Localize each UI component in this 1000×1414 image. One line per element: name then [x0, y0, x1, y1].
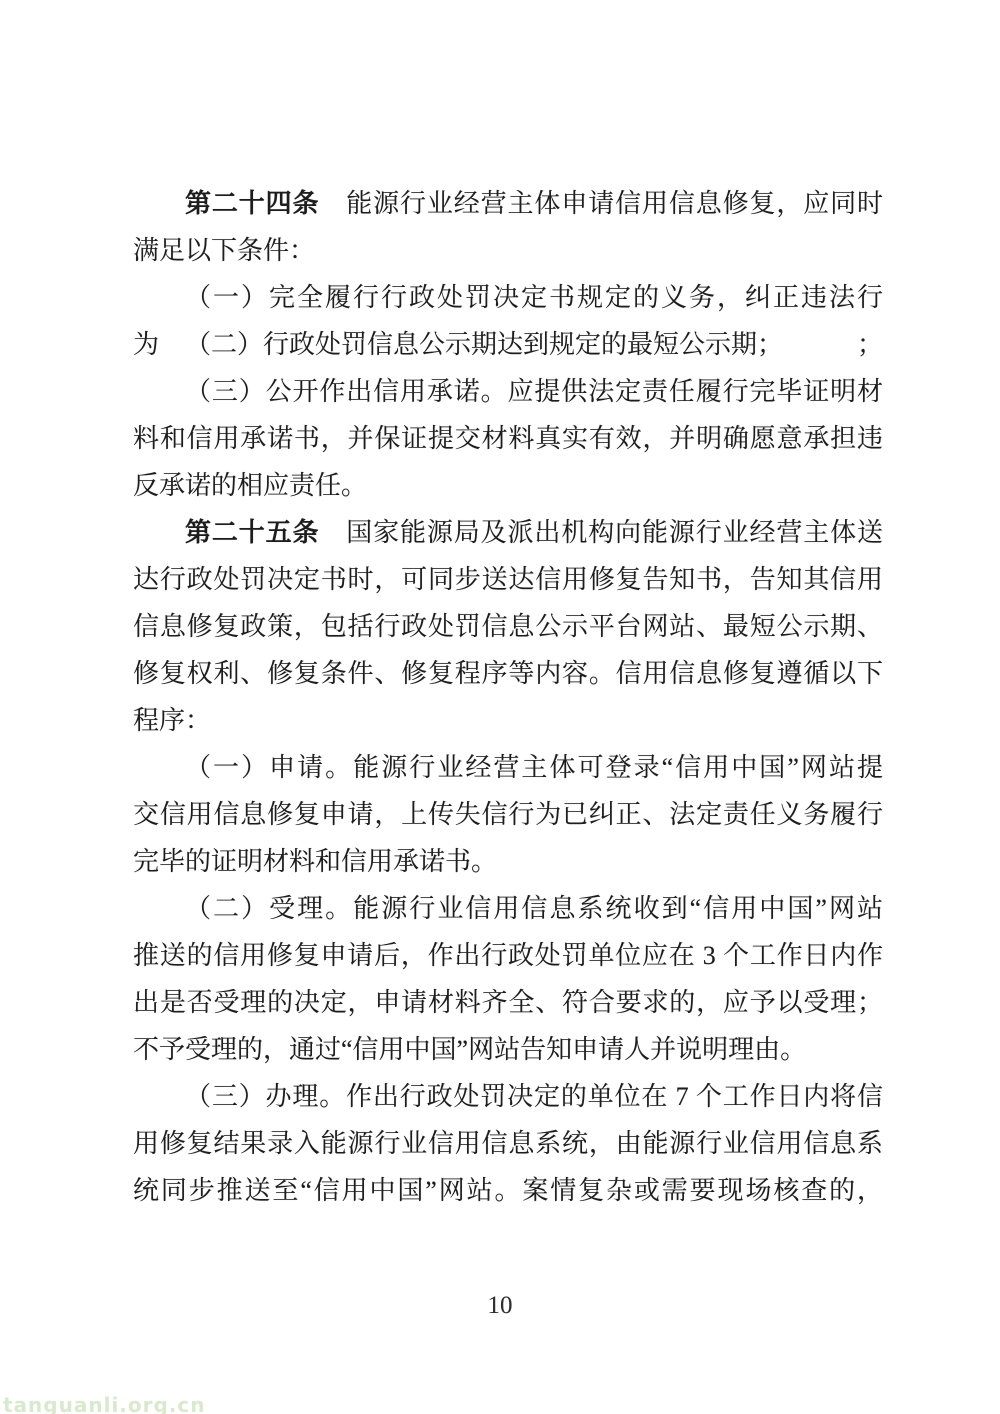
text-line: （三）公开作出信用承诺。应提供法定责任履行完毕证明材: [133, 368, 883, 415]
watermark-text: tanguanli.org.cn: [3, 1393, 206, 1414]
text-line: 第二十四条 能源行业经营主体申请信用信息修复，应同时: [133, 180, 883, 227]
text-line: 修复权利、修复条件、修复程序等内容。信用信息修复遵循以下: [133, 650, 883, 697]
text-line: 用修复结果录入能源行业信用信息系统，由能源行业信用信息系: [133, 1120, 883, 1167]
text-line: （一）申请。能源行业经营主体可登录“信用中国”网站提: [133, 744, 883, 791]
text-line: 料和信用承诺书，并保证提交材料真实有效，并明确愿意承担违: [133, 415, 883, 462]
page-number: 10: [0, 1292, 1000, 1320]
text-line: （二）受理。能源行业信用信息系统收到“信用中国”网站: [133, 885, 883, 932]
text-line: 反承诺的相应责任。: [133, 462, 883, 509]
article-number: 第二十四条: [185, 189, 319, 218]
document-page: 第二十四条 能源行业经营主体申请信用信息修复，应同时满足以下条件：（一）完全履行…: [0, 0, 1000, 1414]
text-line: 第二十五条 国家能源局及派出机构向能源行业经营主体送: [133, 509, 883, 556]
text-line: 不予受理的，通过“信用中国”网站告知申请人并说明理由。: [133, 1026, 883, 1073]
text-line: 达行政处罚决定书时，可同步送达信用修复告知书，告知其信用: [133, 556, 883, 603]
text-line: 推送的信用修复申请后，作出行政处罚单位应在 3 个工作日内作: [133, 932, 883, 979]
document-body: 第二十四条 能源行业经营主体申请信用信息修复，应同时满足以下条件：（一）完全履行…: [133, 180, 883, 1214]
text-line: 信息修复政策，包括行政处罚信息公示平台网站、最短公示期、: [133, 603, 883, 650]
text-line: 出是否受理的决定，申请材料齐全、符合要求的，应予以受理；: [133, 979, 883, 1026]
text-line: 完毕的证明材料和信用承诺书。: [133, 838, 883, 885]
text-line: （二）行政处罚信息公示期达到规定的最短公示期；: [133, 321, 883, 368]
article-number: 第二十五条: [185, 518, 319, 547]
text-line: （一）完全履行行政处罚决定书规定的义务，纠正违法行为；: [133, 274, 883, 321]
text-line: 满足以下条件：: [133, 227, 883, 274]
text-line: 程序：: [133, 697, 883, 744]
text-line: （三）办理。作出行政处罚决定的单位在 7 个工作日内将信: [133, 1073, 883, 1120]
text-line: 交信用信息修复申请，上传失信行为已纠正、法定责任义务履行: [133, 791, 883, 838]
text-line: 统同步推送至“信用中国”网站。案情复杂或需要现场核查的，: [133, 1167, 883, 1214]
